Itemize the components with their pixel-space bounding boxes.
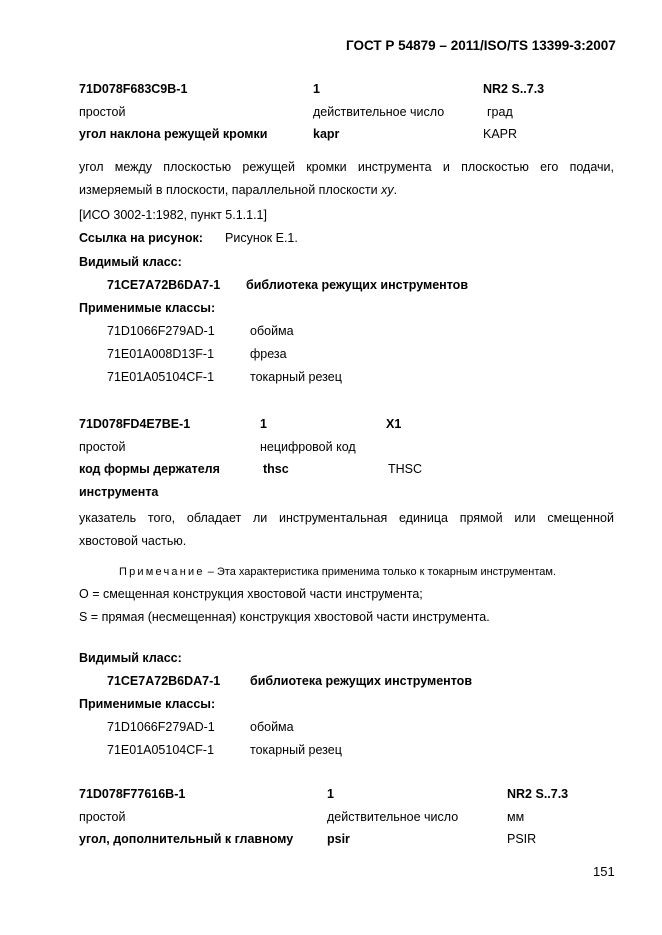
- definition-text: .: [394, 183, 397, 197]
- entry-symbol: psir: [327, 832, 350, 846]
- visible-class-label: Видимый класс:: [79, 651, 182, 665]
- note-text: – Эта характеристика применима только к …: [205, 566, 556, 578]
- entry-value-type: действительное число: [327, 810, 458, 824]
- applicable-class-id: 71D1066F279AD-1: [107, 324, 215, 338]
- entry-version: 1: [313, 82, 320, 96]
- entry-name: угол, дополнительный к главному: [79, 832, 293, 846]
- applicable-classes-label: Применимые классы:: [79, 697, 215, 711]
- applicable-class-id: 71E01A05104CF-1: [107, 370, 214, 384]
- visible-class-id: 71CE7A72B6DA7-1: [107, 674, 220, 688]
- visible-class-name: библиотека режущих инструментов: [250, 674, 472, 688]
- entry-code: KAPR: [483, 127, 517, 141]
- applicable-class-name: обойма: [250, 720, 294, 734]
- entry-name: угол наклона режущей кромки: [79, 127, 267, 141]
- entry-reference: X1: [386, 417, 401, 431]
- definition-italic: xy: [381, 183, 394, 197]
- entry-type: простой: [79, 810, 125, 824]
- entry-id: 71D078FD4E7BE-1: [79, 417, 190, 431]
- document-header: ГОСТ Р 54879 – 2011/ISO/TS 13399-3:2007: [346, 38, 616, 53]
- entry-reference: NR2 S..7.3: [483, 82, 544, 96]
- entry-symbol: kapr: [313, 127, 339, 141]
- visible-class-label: Видимый класс:: [79, 255, 182, 269]
- applicable-class-name: обойма: [250, 324, 294, 338]
- entry-definition: угол между плоскостью режущей кромки инс…: [79, 156, 614, 202]
- entry-id: 71D078F77616B-1: [79, 787, 185, 801]
- definition-line: измеряемый в плоскости, параллельной пло…: [79, 179, 614, 202]
- figure-ref-label: Ссылка на рисунок:: [79, 231, 203, 245]
- entry-id: 71D078F683C9B-1: [79, 82, 187, 96]
- entry-source: [ИСО 3002-1:1982, пункт 5.1.1.1]: [79, 208, 267, 222]
- entry-unit: мм: [507, 810, 524, 824]
- applicable-class-id: 71E01A008D13F-1: [107, 347, 214, 361]
- entry-type: простой: [79, 440, 125, 454]
- entry-reference: NR2 S..7.3: [507, 787, 568, 801]
- definition-line: хвостовой частью.: [79, 530, 614, 553]
- entry-name-continued: инструмента: [79, 485, 158, 499]
- entry-name: код формы держателя: [79, 462, 220, 476]
- note-label: Примечание: [119, 566, 205, 578]
- note: Примечание – Эта характеристика применим…: [119, 566, 556, 578]
- applicable-class-name: фреза: [250, 347, 287, 361]
- value-definition: O = смещенная конструкция хвостовой част…: [79, 587, 423, 601]
- entry-type: простой: [79, 105, 125, 119]
- entry-version: 1: [260, 417, 267, 431]
- applicable-classes-label: Применимые классы:: [79, 301, 215, 315]
- page-number: 151: [593, 864, 615, 879]
- applicable-class-id: 71E01A05104CF-1: [107, 743, 214, 757]
- entry-definition: указатель того, обладает ли инструментал…: [79, 507, 614, 553]
- entry-version: 1: [327, 787, 334, 801]
- applicable-class-id: 71D1066F279AD-1: [107, 720, 215, 734]
- applicable-class-name: токарный резец: [250, 370, 342, 384]
- applicable-class-name: токарный резец: [250, 743, 342, 757]
- visible-class-name: библиотека режущих инструментов: [246, 278, 468, 292]
- value-definition: S = прямая (несмещенная) конструкция хво…: [79, 610, 490, 624]
- entry-symbol: thsc: [263, 462, 289, 476]
- definition-line: угол между плоскостью режущей кромки инс…: [79, 156, 614, 179]
- entry-code: PSIR: [507, 832, 536, 846]
- definition-text: измеряемый в плоскости, параллельной пло…: [79, 183, 381, 197]
- entry-code: THSC: [388, 462, 422, 476]
- visible-class-id: 71CE7A72B6DA7-1: [107, 278, 220, 292]
- definition-line: указатель того, обладает ли инструментал…: [79, 507, 614, 530]
- entry-unit: град: [487, 105, 513, 119]
- entry-value-type: нецифровой код: [260, 440, 356, 454]
- entry-value-type: действительное число: [313, 105, 444, 119]
- figure-ref-value: Рисунок Е.1.: [225, 231, 298, 245]
